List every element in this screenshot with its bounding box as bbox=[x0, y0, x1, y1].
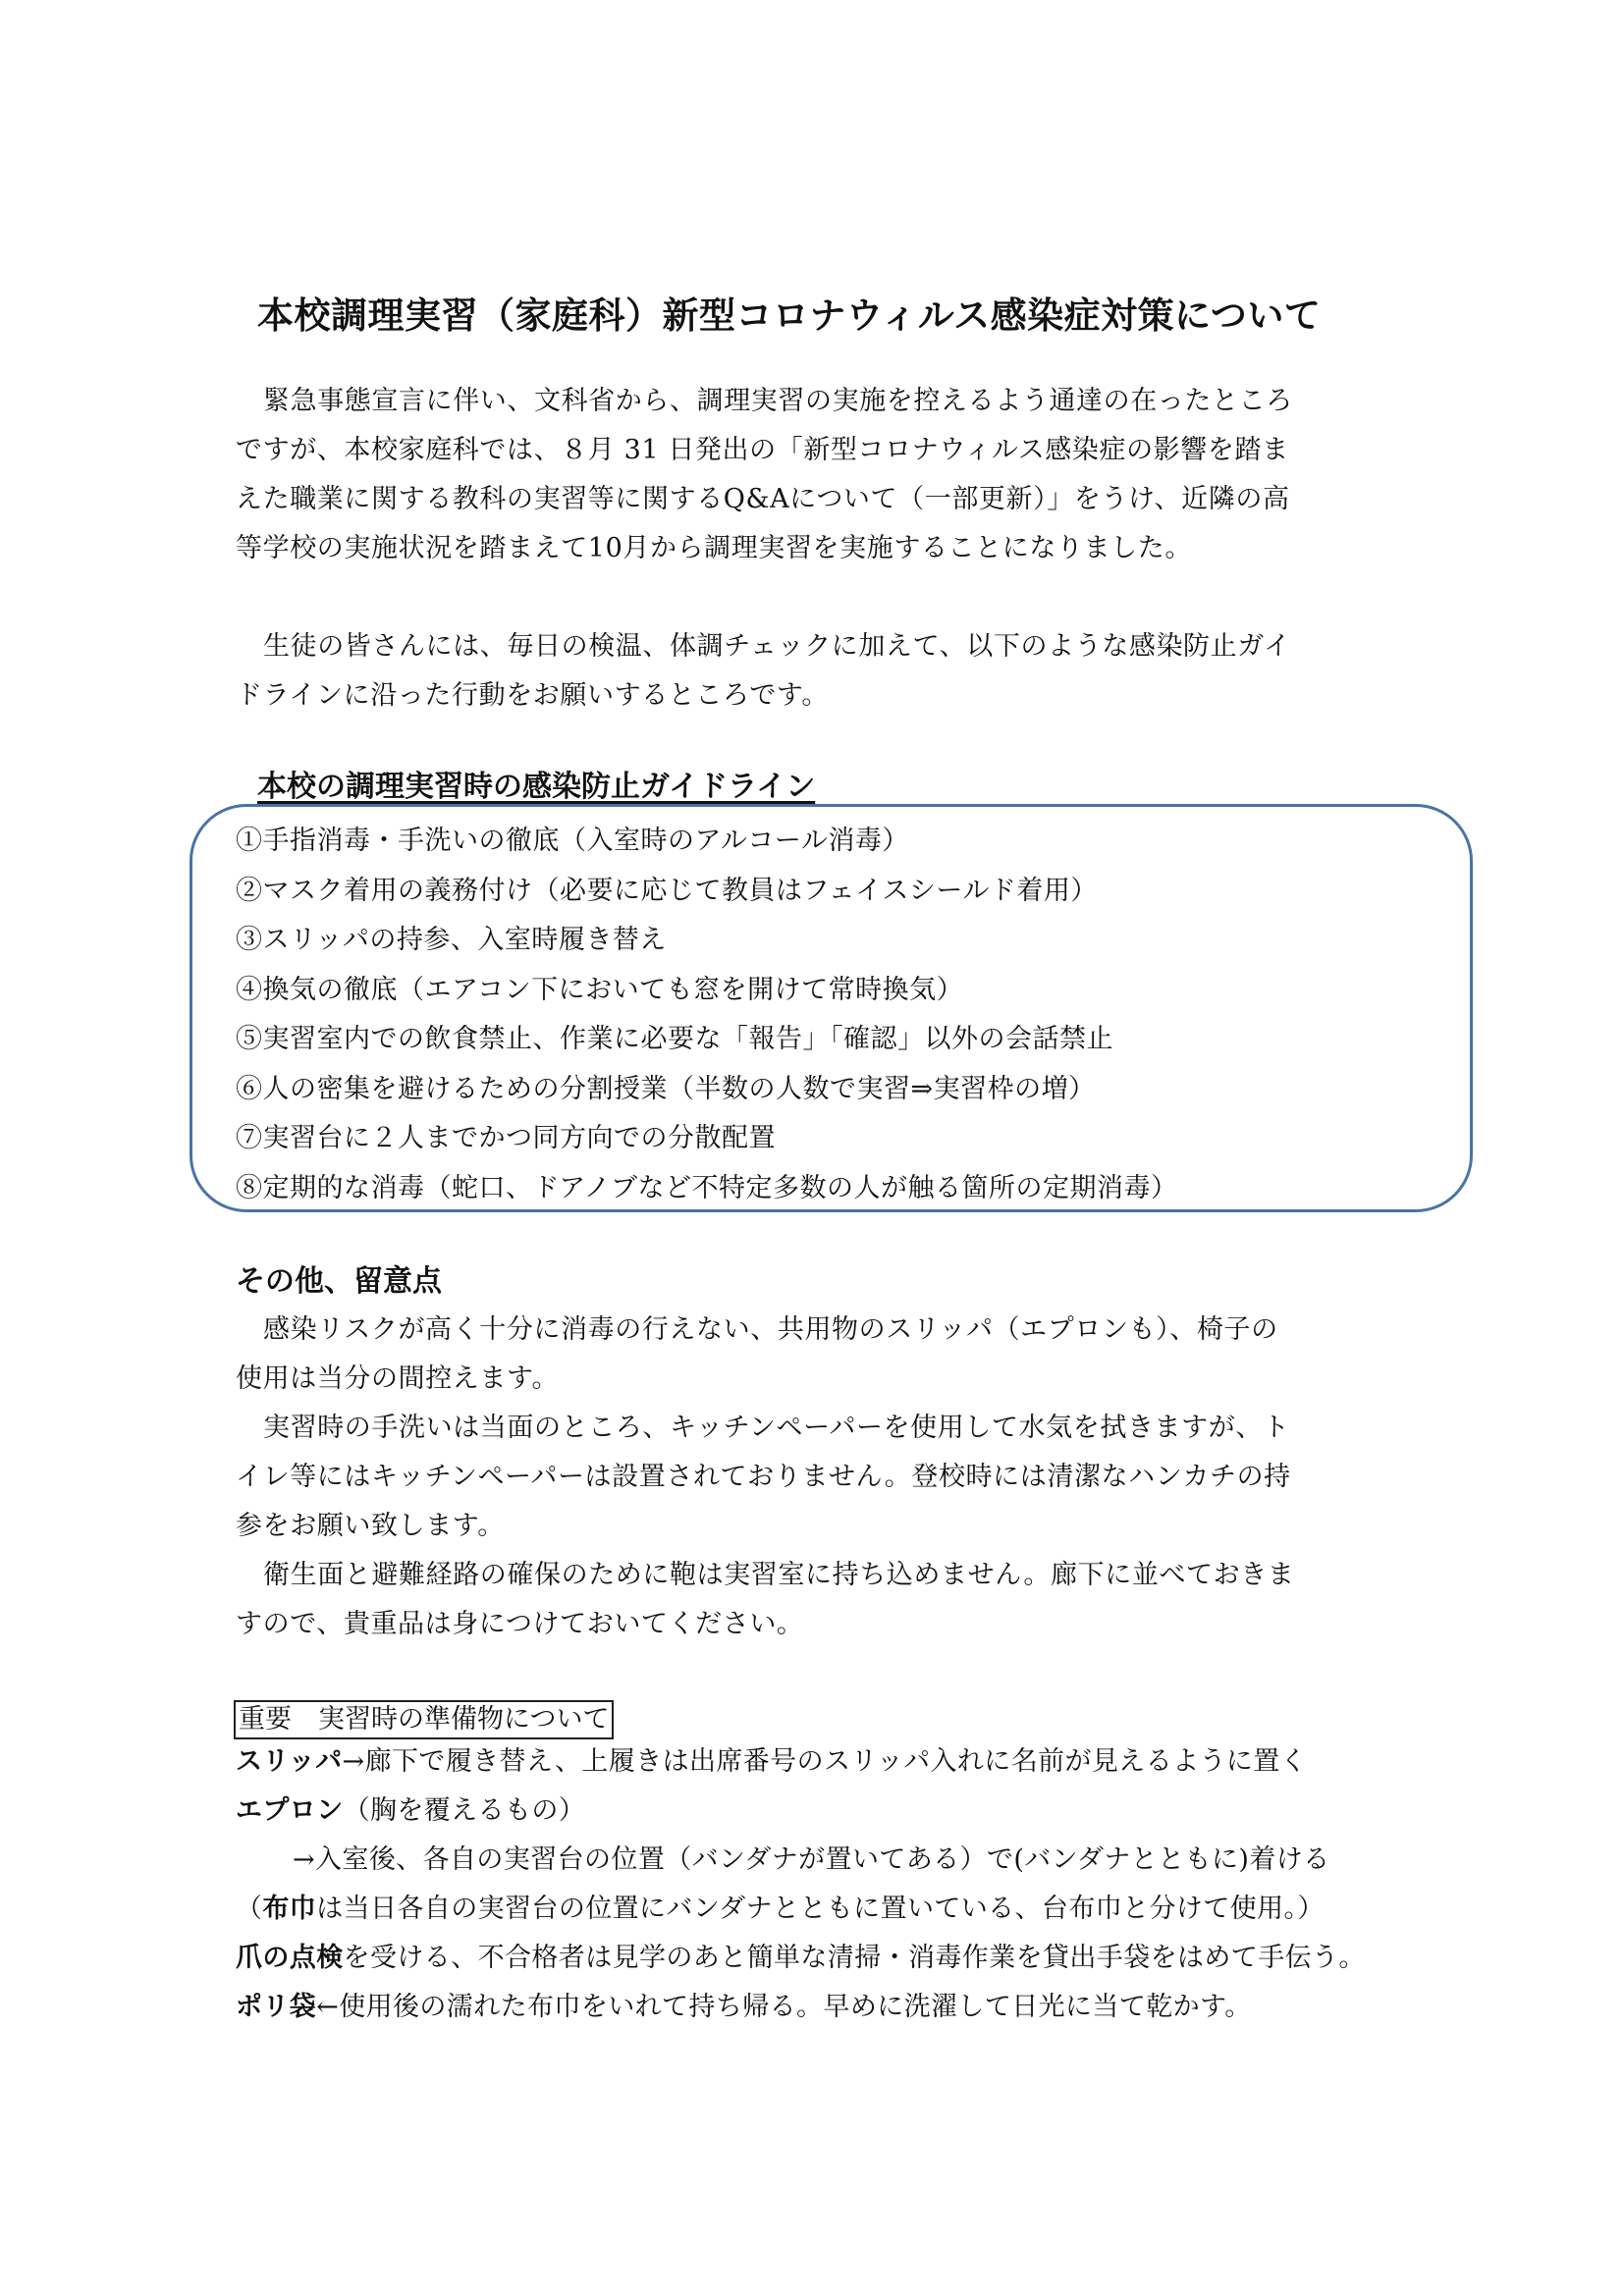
item-keyword: スリッパ bbox=[236, 1746, 343, 1777]
preparation-item: ポリ袋←使用後の濡れた布巾をいれて持ち帰る。早めに洗濯して日光に当て乾かす。 bbox=[236, 1983, 1366, 2032]
paragraph-line: 緊急事態宣言に伴い、文科省から、調理実習の実施を控えるよう通達の在ったところ bbox=[236, 377, 1414, 426]
request-paragraph: 生徒の皆さんには、毎日の検温、体調チェックに加えて、以下のような感染防止ガイ ド… bbox=[236, 622, 1414, 721]
item-keyword: 布巾 bbox=[262, 1894, 316, 1924]
guideline-item: ④換気の徹底（エアコン下においても窓を開けて常時換気） bbox=[236, 966, 1178, 1016]
paragraph-line: 等学校の実施状況を踏まえて10月から調理実習を実施することになりました。 bbox=[236, 524, 1414, 573]
item-text: （胸を覆えるもの） bbox=[344, 1795, 586, 1826]
guideline-item: ⑧定期的な消毒（蛇口、ドアノブなど不特定多数の人が触る箇所の定期消毒） bbox=[236, 1164, 1178, 1214]
preparation-item: エプロン（胸を覆えるもの） bbox=[236, 1787, 1366, 1836]
guideline-item: ①手指消毒・手洗いの徹底（入室時のアルコール消毒） bbox=[236, 817, 1178, 867]
item-text: ←使用後の濡れた布巾をいれて持ち帰る。早めに洗濯して日光に当て乾かす。 bbox=[316, 1992, 1251, 2022]
paragraph-line: 使用は当分の間控えます。 bbox=[236, 1355, 1414, 1404]
paragraph-line: 参をお願い致します。 bbox=[236, 1502, 1414, 1551]
item-text: を受ける、不合格者は見学のあと簡単な清掃・消毒作業を貸出手袋をはめて手伝う。 bbox=[344, 1943, 1366, 1973]
paragraph-line: 生徒の皆さんには、毎日の検温、体調チェックに加えて、以下のような感染防止ガイ bbox=[236, 622, 1414, 671]
paragraph-line: えた職業に関する教科の実習等に関するQ&Aについて（一部更新）」をうけ、近隣の高 bbox=[236, 475, 1414, 524]
guideline-item: ⑥人の密集を避けるための分割授業（半数の人数で実習⇒実習枠の増） bbox=[236, 1065, 1178, 1115]
item-text: は当日各自の実習台の位置にバンダナとともに置いている、台布巾と分けて使用。） bbox=[316, 1894, 1325, 1924]
item-keyword: 爪の点検 bbox=[236, 1943, 344, 1973]
preparation-list: スリッパ→廊下で履き替え、上履きは出席番号のスリッパ入れに名前が見えるように置く… bbox=[236, 1737, 1366, 2032]
preparation-heading: 重要 実習時の準備物について bbox=[234, 1700, 614, 1739]
paragraph-line: 衛生面と避難経路の確保のために鞄は実習室に持ち込めません。廊下に並べておきま bbox=[236, 1551, 1414, 1600]
intro-paragraph: 緊急事態宣言に伴い、文科省から、調理実習の実施を控えるよう通達の在ったところ で… bbox=[236, 377, 1414, 573]
preparation-item: （布巾は当日各自の実習台の位置にバンダナとともに置いている、台布巾と分けて使用。… bbox=[236, 1885, 1366, 1934]
notes-paragraphs: 感染リスクが高く十分に消毒の行えない、共用物のスリッパ（エプロンも）、椅子の 使… bbox=[236, 1306, 1414, 1649]
preparation-item: →入室後、各自の実習台の位置（バンダナが置いてある）で(バンダナとともに)着ける bbox=[236, 1836, 1366, 1885]
item-keyword: エプロン bbox=[236, 1795, 344, 1826]
page-title: 本校調理実習（家庭科）新型コロナウィルス感染症対策について bbox=[257, 293, 1435, 340]
guideline-item: ⑦実習台に２人までかつ同方向での分散配置 bbox=[236, 1114, 1178, 1164]
item-prefix: （ bbox=[236, 1894, 262, 1924]
notes-heading: その他、留意点 bbox=[236, 1262, 442, 1302]
document-page: 本校調理実習（家庭科）新型コロナウィルス感染症対策について 緊急事態宣言に伴い、… bbox=[0, 0, 1623, 2296]
item-keyword: ポリ袋 bbox=[236, 1992, 316, 2022]
paragraph-line: ですが、本校家庭科では、８月 31 日発出の「新型コロナウィルス感染症の影響を踏… bbox=[236, 426, 1414, 475]
preparation-item: スリッパ→廊下で履き替え、上履きは出席番号のスリッパ入れに名前が見えるように置く bbox=[236, 1737, 1366, 1787]
item-text: →入室後、各自の実習台の位置（バンダナが置いてある）で(バンダナとともに)着ける bbox=[293, 1844, 1330, 1875]
paragraph-line: 感染リスクが高く十分に消毒の行えない、共用物のスリッパ（エプロンも）、椅子の bbox=[236, 1306, 1414, 1355]
guideline-item: ③スリッパの持参、入室時履き替え bbox=[236, 916, 1178, 966]
paragraph-line: ドラインに沿った行動をお願いするところです。 bbox=[236, 671, 1414, 721]
item-text: →廊下で履き替え、上履きは出席番号のスリッパ入れに名前が見えるように置く bbox=[343, 1746, 1308, 1777]
paragraph-line: すので、貴重品は身につけておいてください。 bbox=[236, 1600, 1414, 1649]
preparation-item: 爪の点検を受ける、不合格者は見学のあと簡単な清掃・消毒作業を貸出手袋をはめて手伝… bbox=[236, 1934, 1366, 1983]
guidelines-list: ①手指消毒・手洗いの徹底（入室時のアルコール消毒） ②マスク着用の義務付け（必要… bbox=[236, 817, 1178, 1213]
paragraph-line: 実習時の手洗いは当面のところ、キッチンペーパーを使用して水気を拭きますが、ト bbox=[236, 1404, 1414, 1453]
guideline-item: ②マスク着用の義務付け（必要に応じて教員はフェイスシールド着用） bbox=[236, 867, 1178, 917]
guidelines-heading: 本校の調理実習時の感染防止ガイドライン bbox=[257, 768, 815, 807]
guideline-item: ⑤実習室内での飲食禁止、作業に必要な「報告」「確認」以外の会話禁止 bbox=[236, 1015, 1178, 1065]
paragraph-line: イレ等にはキッチンペーパーは設置されておりません。登校時には清潔なハンカチの持 bbox=[236, 1453, 1414, 1502]
